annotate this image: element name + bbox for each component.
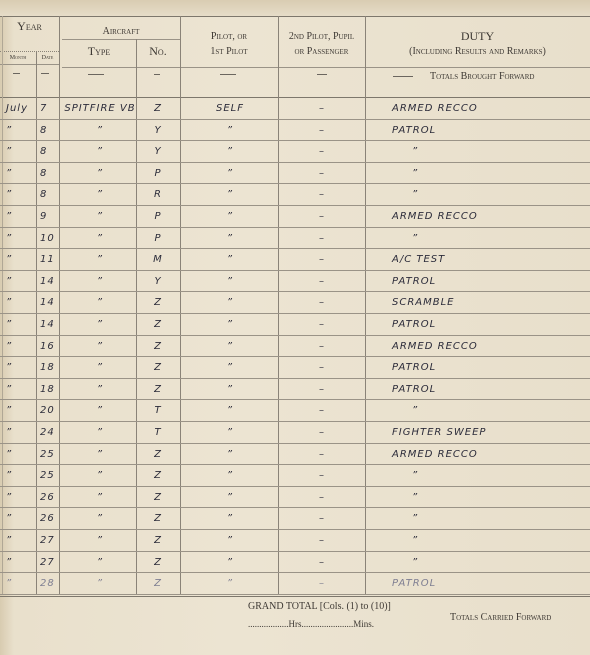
cell-type: ”: [64, 405, 136, 416]
cell-date: 10: [40, 233, 58, 244]
cell-month: ”: [6, 297, 36, 308]
row-rule: [0, 183, 590, 184]
cell-type: ”: [64, 125, 136, 136]
brought-forward-rule: [0, 97, 590, 98]
cell-no: Z: [140, 449, 176, 460]
cell-no: Z: [140, 384, 176, 395]
cell-month: July: [6, 103, 36, 114]
row-rule: [0, 594, 590, 595]
cell-no: Z: [140, 319, 176, 330]
cell-no: Z: [140, 557, 176, 568]
header-second-pilot-line2: or Passenger: [278, 45, 365, 58]
cell-duty: ARMED RECCO: [392, 211, 590, 222]
header-duty: DUTY: [365, 30, 590, 43]
cell-pilot: ”: [184, 297, 276, 308]
cell-second: –: [280, 492, 364, 503]
cell-date: 16: [40, 341, 58, 352]
table-bottom-rule: [0, 596, 590, 597]
cell-second: –: [280, 168, 364, 179]
cell-type: ”: [64, 146, 136, 157]
cell-no: T: [140, 427, 176, 438]
cell-no: Z: [140, 362, 176, 373]
cell-second: –: [280, 513, 364, 524]
cell-second: –: [280, 405, 364, 416]
cell-date: 25: [40, 470, 58, 481]
cell-month: ”: [6, 168, 36, 179]
cell-pilot: ”: [184, 513, 276, 524]
cell-type: ”: [64, 535, 136, 546]
aircraft-sub-rule: [62, 39, 180, 40]
cell-month: ”: [6, 492, 36, 503]
cell-date: 18: [40, 384, 58, 395]
cell-month: ”: [6, 189, 36, 200]
cell-type: ”: [64, 578, 136, 589]
row-rule: [0, 551, 590, 552]
cell-date: 24: [40, 427, 58, 438]
cell-date: 8: [40, 146, 58, 157]
row-rule: [0, 205, 590, 206]
header-duty-line2: (Including Results and Remarks): [365, 45, 590, 58]
row-rule: [0, 162, 590, 163]
row-rule: [0, 529, 590, 530]
cell-type: ”: [64, 384, 136, 395]
cell-type: ”: [64, 449, 136, 460]
row-rule: [0, 572, 590, 573]
cell-second: –: [280, 103, 364, 114]
cell-no: P: [140, 233, 176, 244]
cell-type: ”: [64, 319, 136, 330]
cell-month: ”: [6, 578, 36, 589]
cell-pilot: ”: [184, 341, 276, 352]
cell-no: M: [140, 254, 176, 265]
cell-date: 8: [40, 168, 58, 179]
cell-no: Z: [140, 492, 176, 503]
cell-duty: ”: [412, 470, 590, 481]
cell-duty: ARMED RECCO: [392, 341, 590, 352]
header-second-pilot: 2nd Pilot, Pupil: [278, 30, 365, 43]
cell-second: –: [280, 125, 364, 136]
cell-second: –: [280, 319, 364, 330]
row-rule: [0, 248, 590, 249]
cell-duty: SCRAMBLE: [392, 297, 590, 308]
cell-second: –: [280, 470, 364, 481]
cell-month: ”: [6, 319, 36, 330]
cell-date: 28: [40, 578, 58, 589]
cell-type: ”: [64, 341, 136, 352]
cell-duty: PATROL: [392, 319, 590, 330]
cell-duty: ”: [412, 189, 590, 200]
header-aircraft: Aircraft: [62, 25, 180, 38]
row-rule: [0, 119, 590, 120]
row-rule: [0, 270, 590, 271]
cell-pilot: ”: [184, 276, 276, 287]
cell-date: 7: [40, 103, 58, 114]
cell-month: ”: [6, 362, 36, 373]
cell-duty: ARMED RECCO: [392, 103, 590, 114]
cell-duty: PATROL: [392, 384, 590, 395]
type-dash: [88, 74, 104, 75]
cell-no: P: [140, 168, 176, 179]
cell-type: ”: [64, 233, 136, 244]
logbook-page: Year Month Date Aircraft Type No. Pilot,…: [0, 0, 590, 655]
cell-month: ”: [6, 233, 36, 244]
cell-type: ”: [64, 189, 136, 200]
totals-carried-forward: Totals Carried Forward: [450, 612, 551, 623]
cell-no: R: [140, 189, 176, 200]
cell-duty: PATROL: [392, 362, 590, 373]
col-divider-type: [136, 39, 137, 595]
cell-second: –: [280, 297, 364, 308]
row-rule: [0, 291, 590, 292]
cell-date: 14: [40, 297, 58, 308]
cell-no: Z: [140, 103, 176, 114]
duty-dash: [393, 76, 413, 77]
cell-second: –: [280, 578, 364, 589]
cell-pilot: ”: [184, 449, 276, 460]
cell-pilot: SELF: [184, 103, 276, 114]
cell-type: ”: [64, 362, 136, 373]
cell-month: ”: [6, 449, 36, 460]
cell-duty: PATROL: [392, 276, 590, 287]
cell-type: ”: [64, 513, 136, 524]
cell-no: T: [140, 405, 176, 416]
header-month: Month: [0, 54, 36, 62]
row-rule: [0, 399, 590, 400]
cell-month: ”: [6, 146, 36, 157]
row-rule: [0, 421, 590, 422]
cell-second: –: [280, 427, 364, 438]
row-rule: [0, 356, 590, 357]
cell-date: 27: [40, 535, 58, 546]
month-dash: [13, 73, 20, 74]
grand-total-label: GRAND TOTAL [Cols. (1) to (10)]: [248, 601, 391, 612]
cell-pilot: ”: [184, 405, 276, 416]
cell-date: 14: [40, 276, 58, 287]
cell-date: 8: [40, 189, 58, 200]
cell-duty: ”: [412, 513, 590, 524]
cell-no: Z: [140, 513, 176, 524]
row-rule: [0, 140, 590, 141]
page-top-edge: [0, 0, 590, 16]
cell-pilot: ”: [184, 168, 276, 179]
cell-date: 9: [40, 211, 58, 222]
col-divider-month: [36, 51, 37, 595]
cell-duty: ”: [412, 405, 590, 416]
cell-type: ”: [64, 168, 136, 179]
cell-no: Z: [140, 341, 176, 352]
cell-date: 25: [40, 449, 58, 460]
cell-duty: FIGHTER SWEEP: [392, 427, 590, 438]
row-rule: [0, 507, 590, 508]
cell-date: 20: [40, 405, 58, 416]
header-pilot: Pilot, or: [180, 30, 278, 43]
cell-pilot: ”: [184, 384, 276, 395]
cell-pilot: ”: [184, 427, 276, 438]
cell-month: ”: [6, 470, 36, 481]
cell-second: –: [280, 211, 364, 222]
cell-type: SPITFIRE VB: [64, 103, 136, 114]
cell-duty: PATROL: [392, 125, 590, 136]
cell-pilot: ”: [184, 362, 276, 373]
cell-month: ”: [6, 535, 36, 546]
row-rule: [0, 313, 590, 314]
cell-second: –: [280, 276, 364, 287]
cell-duty: ARMED RECCO: [392, 449, 590, 460]
cell-type: ”: [64, 211, 136, 222]
date-dash: [41, 73, 49, 74]
cell-duty: ”: [412, 233, 590, 244]
month-date-rule: [0, 64, 59, 65]
cell-date: 11: [40, 254, 58, 265]
cell-pilot: ”: [184, 146, 276, 157]
cell-duty: ”: [412, 146, 590, 157]
cell-second: –: [280, 233, 364, 244]
cell-second: –: [280, 557, 364, 568]
cell-second: –: [280, 254, 364, 265]
cell-pilot: ”: [184, 535, 276, 546]
cell-duty: ”: [412, 535, 590, 546]
cell-second: –: [280, 362, 364, 373]
cell-second: –: [280, 146, 364, 157]
row-rule: [0, 486, 590, 487]
cell-no: P: [140, 211, 176, 222]
hrs-mins-line: ..................Hrs...................…: [248, 619, 374, 629]
cell-pilot: ”: [184, 233, 276, 244]
cell-month: ”: [6, 276, 36, 287]
cell-month: ”: [6, 557, 36, 568]
cell-type: ”: [64, 557, 136, 568]
cell-month: ”: [6, 211, 36, 222]
header-no: No.: [136, 45, 180, 58]
cell-pilot: ”: [184, 557, 276, 568]
cell-date: 26: [40, 513, 58, 524]
cell-date: 14: [40, 319, 58, 330]
row-rule: [0, 378, 590, 379]
cell-pilot: ”: [184, 492, 276, 503]
cell-second: –: [280, 384, 364, 395]
cell-type: ”: [64, 470, 136, 481]
header-bottom-rule: [62, 67, 590, 68]
cell-month: ”: [6, 341, 36, 352]
pilot-dash: [220, 74, 236, 75]
cell-date: 8: [40, 125, 58, 136]
cell-month: ”: [6, 405, 36, 416]
cell-type: ”: [64, 492, 136, 503]
cell-duty: ”: [412, 168, 590, 179]
cell-pilot: ”: [184, 319, 276, 330]
year-dotted-rule: [0, 51, 59, 53]
cell-date: 18: [40, 362, 58, 373]
cell-date: 27: [40, 557, 58, 568]
cell-no: Z: [140, 578, 176, 589]
cell-duty: A/C TEST: [392, 254, 590, 265]
cell-second: –: [280, 341, 364, 352]
header-year: Year: [0, 20, 59, 33]
cell-month: ”: [6, 384, 36, 395]
no-dash: [154, 74, 160, 75]
cell-no: Z: [140, 470, 176, 481]
row-rule: [0, 227, 590, 228]
header-pilot-line2: 1st Pilot: [180, 45, 278, 58]
cell-month: ”: [6, 427, 36, 438]
cell-duty: PATROL: [392, 578, 590, 589]
second-pilot-dash: [317, 74, 327, 75]
cell-month: ”: [6, 513, 36, 524]
cell-month: ”: [6, 254, 36, 265]
header-date: Date: [36, 54, 59, 62]
cell-pilot: ”: [184, 125, 276, 136]
cell-pilot: ”: [184, 211, 276, 222]
cell-no: Y: [140, 276, 176, 287]
cell-type: ”: [64, 297, 136, 308]
row-rule: [0, 443, 590, 444]
cell-no: Z: [140, 535, 176, 546]
cell-no: Y: [140, 146, 176, 157]
cell-second: –: [280, 449, 364, 460]
row-rule: [0, 464, 590, 465]
cell-no: Y: [140, 125, 176, 136]
cell-pilot: ”: [184, 470, 276, 481]
cell-no: Z: [140, 297, 176, 308]
header-type: Type: [62, 45, 136, 58]
row-rule: [0, 335, 590, 336]
header-top-rule: [0, 16, 590, 17]
cell-pilot: ”: [184, 254, 276, 265]
totals-brought-forward: Totals Brought Forward: [430, 70, 590, 83]
cell-type: ”: [64, 254, 136, 265]
cell-duty: ”: [412, 557, 590, 568]
cell-type: ”: [64, 276, 136, 287]
cell-type: ”: [64, 427, 136, 438]
cell-second: –: [280, 189, 364, 200]
cell-month: ”: [6, 125, 36, 136]
cell-date: 26: [40, 492, 58, 503]
cell-pilot: ”: [184, 189, 276, 200]
cell-duty: ”: [412, 492, 590, 503]
cell-second: –: [280, 535, 364, 546]
cell-pilot: ”: [184, 578, 276, 589]
